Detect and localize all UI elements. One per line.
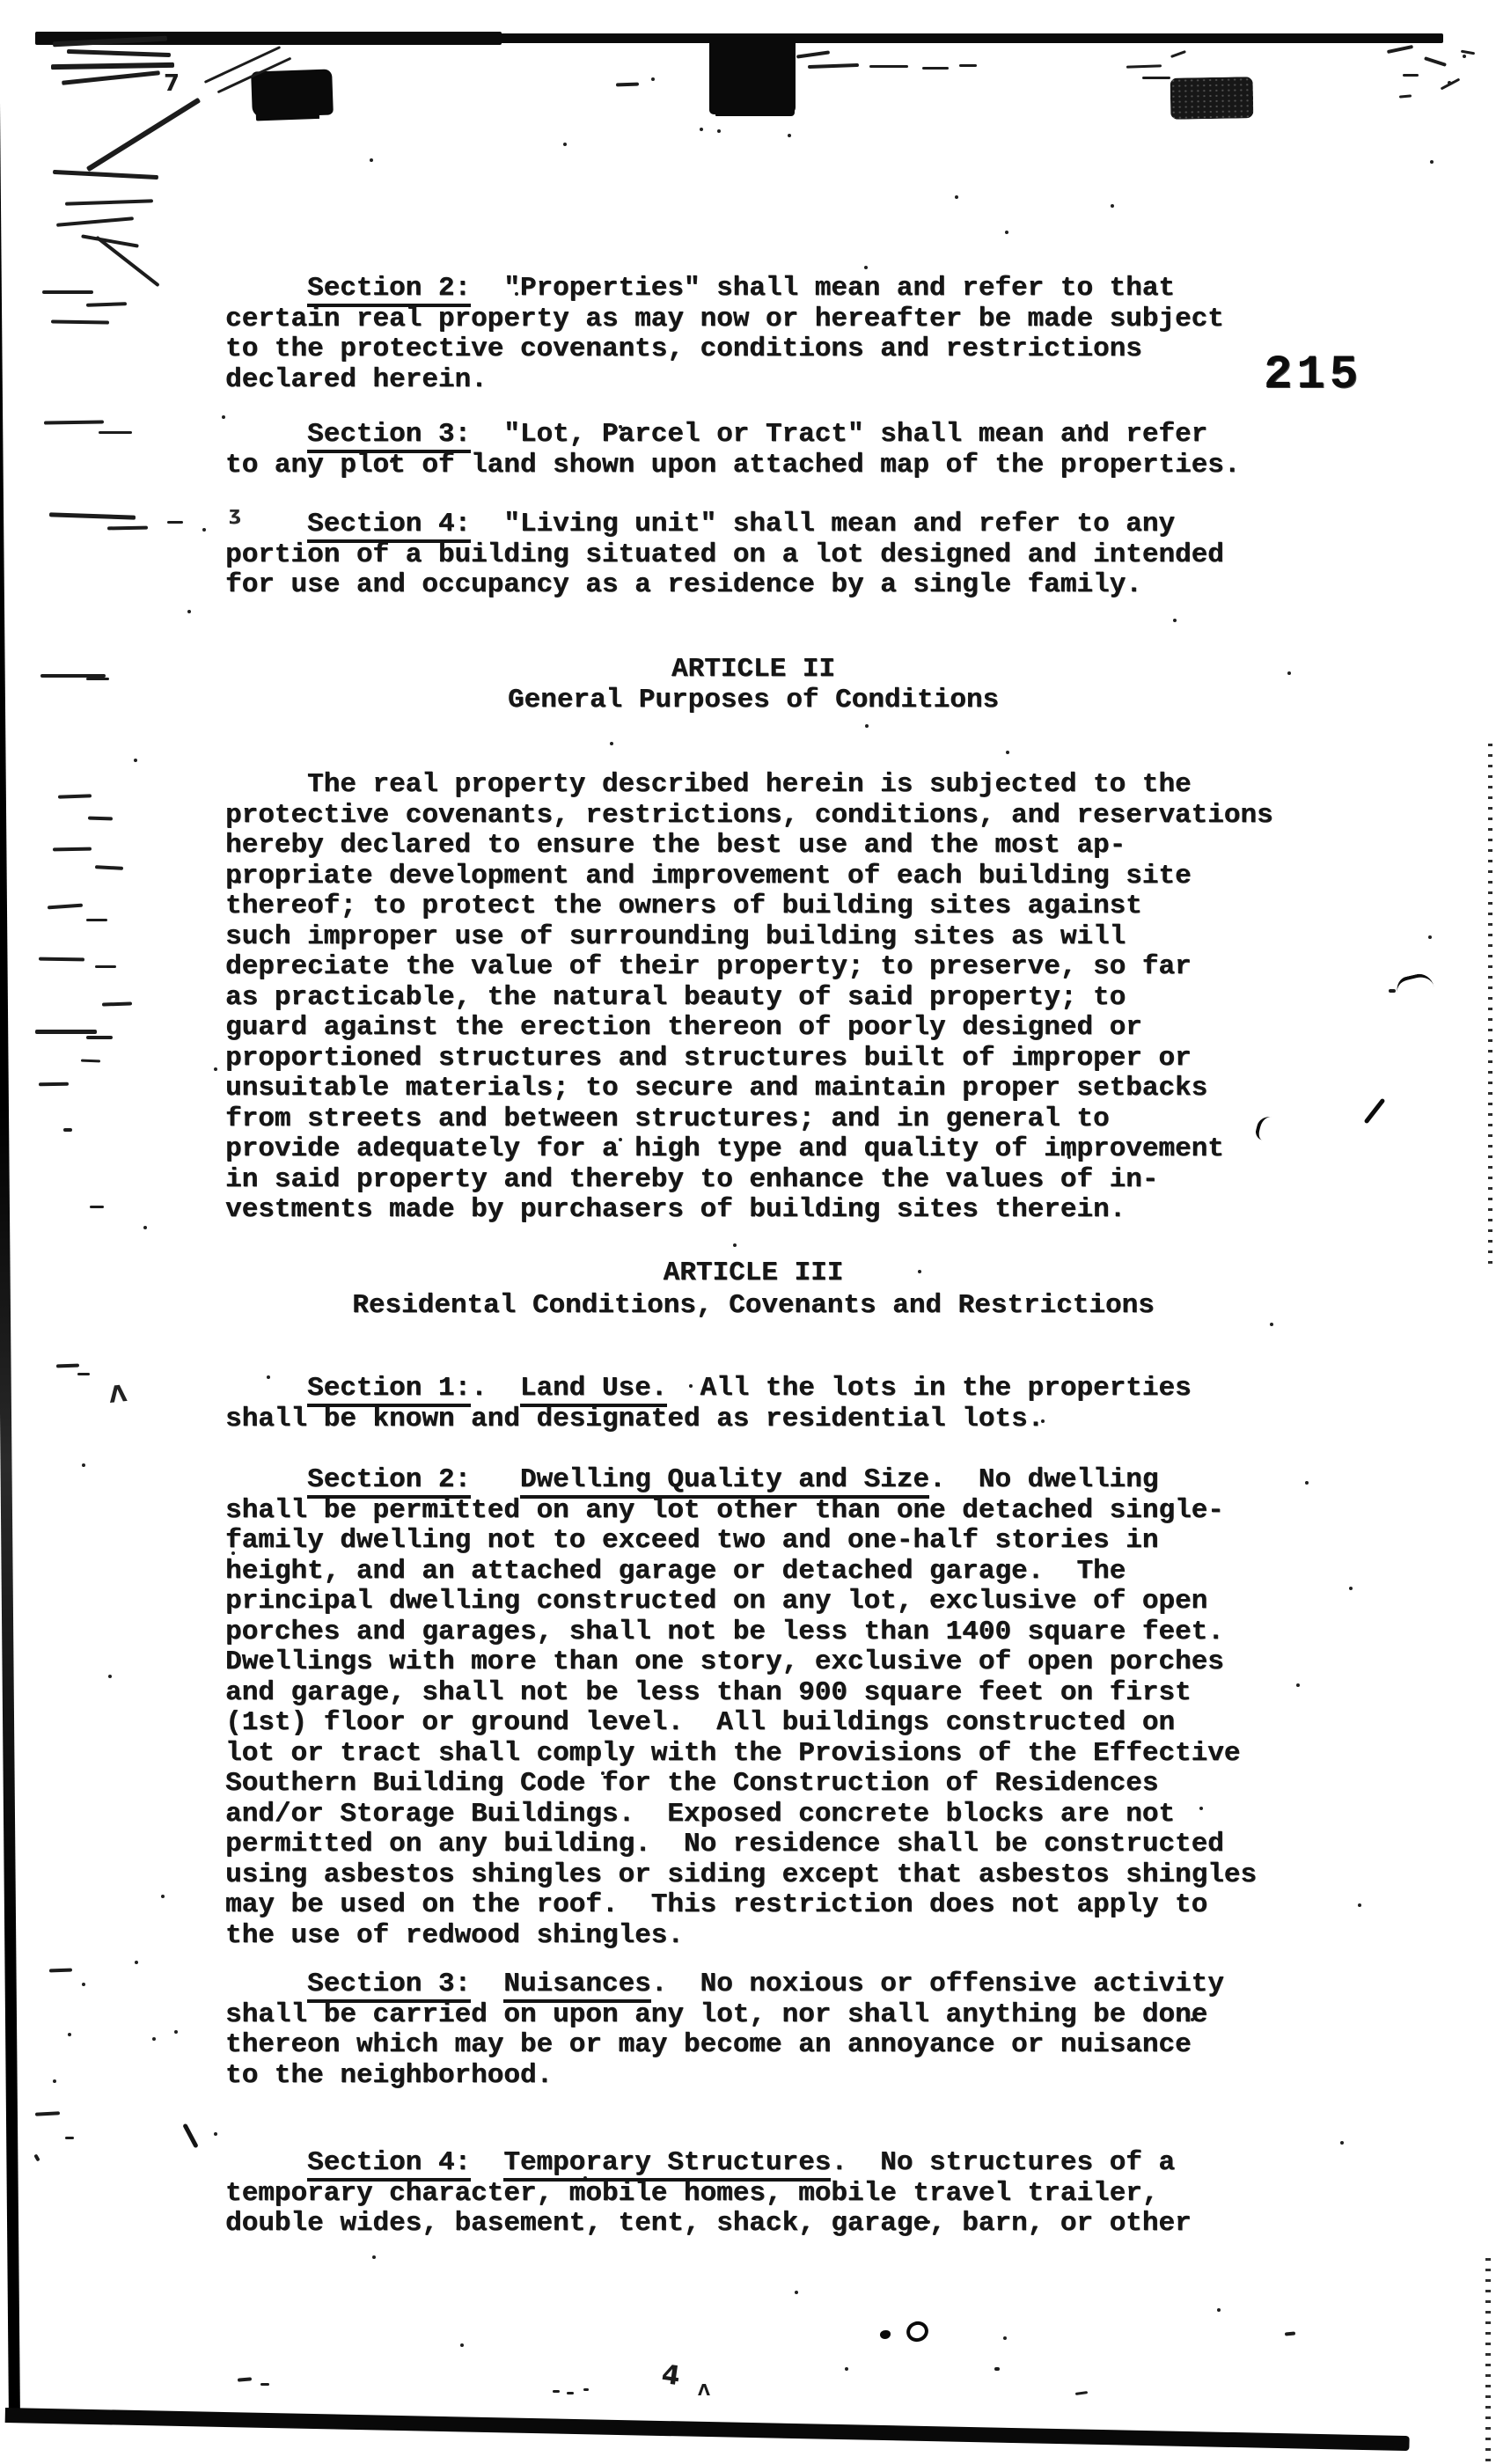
text-run: certain real property as may now or here… xyxy=(225,304,1224,334)
section-label: Section 2: xyxy=(307,1464,471,1499)
section-label: Section 4: xyxy=(307,2147,471,2182)
text-run: from streets and between structures; and… xyxy=(225,1104,1110,1134)
text-run: propriate development and improvement of… xyxy=(225,861,1192,891)
text-line: thereon which may be or may become an an… xyxy=(225,2030,1281,2061)
text-line: Section 4: "Living unit" shall mean and … xyxy=(225,510,1281,540)
smudge-mark xyxy=(42,290,93,294)
text-line: Section 3: Nuisances. No noxious or offe… xyxy=(225,1969,1281,2000)
smudge-mark xyxy=(553,2390,560,2393)
smudge-mark xyxy=(922,67,949,70)
text-run: (1st) floor or ground level. All buildin… xyxy=(225,1707,1175,1738)
ink-ring-stain xyxy=(904,2319,931,2345)
noise-speck xyxy=(187,610,191,613)
text-line: shall be permitted on any lot other than… xyxy=(225,1496,1281,1527)
noise-speck xyxy=(1287,671,1291,675)
right-edge-dotted-noise xyxy=(1488,744,1492,1267)
noise-speck xyxy=(202,528,206,532)
noise-speck xyxy=(1006,751,1009,754)
text-line: the use of redwood shingles. xyxy=(225,1921,1281,1952)
noise-speck xyxy=(135,1961,138,1964)
text-line: principal dwelling constructed on any lo… xyxy=(225,1587,1281,1617)
smudge-mark xyxy=(869,65,908,68)
smudge-mark xyxy=(63,1128,72,1132)
text-run: height, and an attached garage or detach… xyxy=(225,1556,1126,1587)
smudge-mark xyxy=(49,512,136,519)
smudge-mark xyxy=(102,1001,132,1006)
text-line: to any plot of land shown upon attached … xyxy=(225,451,1281,481)
handwritten-tick-mark xyxy=(1395,972,1434,995)
noise-speck xyxy=(865,724,869,728)
noise-speck xyxy=(1463,55,1466,58)
text-run: depreciate the value of their property; … xyxy=(225,951,1192,982)
smudge-mark xyxy=(56,216,134,227)
noise-speck xyxy=(733,1243,737,1247)
text-run: double wides, basement, tent, shack, gar… xyxy=(225,2208,1192,2239)
section-label: Nuisances xyxy=(503,1969,650,2003)
noise-speck xyxy=(152,2037,156,2041)
text-run: hereby declared to ensure the best use a… xyxy=(225,830,1126,861)
noise-speck xyxy=(1305,1481,1309,1485)
smudge-mark xyxy=(567,2392,574,2394)
text-line: and/or Storage Buildings. Exposed concre… xyxy=(225,1800,1281,1830)
article3-heading: ARTICLE III Residental Conditions, Coven… xyxy=(225,1257,1281,1322)
smudge-mark xyxy=(65,199,153,205)
text-line: vestments made by purchasers of building… xyxy=(225,1195,1281,1226)
smudge-mark xyxy=(167,521,183,524)
section-label: Section 3: xyxy=(307,419,471,453)
smudge-mark xyxy=(583,2388,589,2391)
noise-speck xyxy=(700,128,703,131)
handwritten-slash-mark xyxy=(1364,1098,1386,1125)
smudge-mark xyxy=(1424,56,1447,67)
text-run: for use and occupancy as a residence by … xyxy=(225,569,1142,600)
text-run: family dwelling not to exceed two and on… xyxy=(225,1525,1158,1556)
noise-speck xyxy=(1349,1587,1353,1590)
smudge-mark xyxy=(616,83,639,87)
text-line: from streets and between structures; and… xyxy=(225,1104,1281,1135)
smudge-mark xyxy=(86,678,109,680)
text-run: unsuitable materials; to secure and main… xyxy=(225,1073,1207,1104)
text-run: principal dwelling constructed on any lo… xyxy=(225,1586,1207,1617)
noise-speck xyxy=(1340,2141,1344,2145)
text-line: and garage, shall not be less than 900 s… xyxy=(225,1678,1281,1709)
section-label: Section 2: xyxy=(307,273,471,307)
smudge-mark xyxy=(1170,50,1186,58)
noise-speck xyxy=(108,1675,112,1678)
text-run: thereon which may be or may become an an… xyxy=(225,2029,1192,2060)
smudge-mark xyxy=(56,1364,79,1368)
text-line: Southern Building Code for the Construct… xyxy=(225,1769,1281,1800)
text-run: to any plot of land shown upon attached … xyxy=(225,450,1240,480)
text-line: certain real property as may now or here… xyxy=(225,304,1281,335)
section-label: Section 3: xyxy=(307,1969,471,2003)
text-line: protective covenants, restrictions, cond… xyxy=(225,801,1281,832)
noise-speck xyxy=(1111,204,1114,208)
text-run: . No noxious or offensive activity xyxy=(651,1969,1224,1999)
noise-speck xyxy=(214,2132,217,2136)
text-run: shall be known and designated as residen… xyxy=(225,1404,1044,1434)
text-line: Section 2: Dwelling Quality and Size. No… xyxy=(225,1465,1281,1496)
smudge-mark xyxy=(35,1030,97,1034)
noise-speck xyxy=(1428,935,1432,939)
text-run: . xyxy=(471,1373,520,1404)
article3-title: ARTICLE III xyxy=(225,1257,1281,1289)
noise-speck xyxy=(1173,619,1177,622)
scanned-document-page: 7 ʒ Λ 4 Λ 215 Section 2: "Properties" sh… xyxy=(0,0,1496,2464)
text-line: in said property and thereby to enhance … xyxy=(225,1165,1281,1196)
section-label: Dwelling Quality and Size xyxy=(520,1464,929,1499)
text-line: (1st) floor or ground level. All buildin… xyxy=(225,1708,1281,1739)
ink-blot-right xyxy=(1170,77,1254,120)
text-run: proportioned structures and structures b… xyxy=(225,1043,1192,1074)
text-line: shall be known and designated as residen… xyxy=(225,1404,1281,1435)
scan-bottom-edge-bar xyxy=(5,2408,1410,2451)
smudge-mark xyxy=(48,904,83,910)
text-run: using asbestos shingles or siding except… xyxy=(225,1859,1257,1890)
corner-numeral-mark: 7 xyxy=(164,70,180,97)
bottom-caret-mark: Λ xyxy=(698,2381,710,2400)
text-run: vestments made by purchasers of building… xyxy=(225,1194,1126,1225)
smudge-mark xyxy=(95,965,116,968)
text-run: Dwellings with more than one story, excl… xyxy=(225,1646,1224,1677)
noise-speck xyxy=(134,759,137,762)
noise-speck xyxy=(788,134,791,137)
smudge-mark xyxy=(1075,2391,1088,2395)
smudge-mark xyxy=(33,2154,40,2162)
smudge-mark xyxy=(44,420,104,424)
article2-title: ARTICLE II xyxy=(225,654,1281,685)
text-line: portion of a building situated on a lot … xyxy=(225,540,1281,571)
noise-speck xyxy=(563,143,567,146)
text-run xyxy=(471,2147,503,2178)
text-line: Section 4: Temporary Structures. No stru… xyxy=(225,2148,1281,2179)
text-run: to the protective covenants, conditions … xyxy=(225,334,1142,364)
smudge-mark xyxy=(49,1969,72,1973)
handwritten-backslash-mark xyxy=(182,2123,198,2149)
smudge-mark xyxy=(808,63,859,69)
text-run: such improper use of surrounding buildin… xyxy=(225,921,1126,952)
text-run: and garage, shall not be less than 900 s… xyxy=(225,1677,1192,1708)
noise-speck xyxy=(651,77,655,81)
noise-speck xyxy=(53,2079,56,2083)
smudge-mark xyxy=(1387,45,1413,54)
text-line: The real property described herein is su… xyxy=(225,770,1281,801)
text-line: provide adequately for a high type and q… xyxy=(225,1134,1281,1165)
smudge-mark xyxy=(51,319,109,324)
noise-speck xyxy=(1296,1683,1300,1687)
smudge-mark xyxy=(39,1082,69,1087)
noise-speck xyxy=(845,2367,848,2371)
smudge-mark xyxy=(53,847,92,852)
section-label: Land Use. xyxy=(520,1373,667,1407)
ink-dot-stain xyxy=(880,2330,891,2339)
smudge-mark xyxy=(107,526,148,531)
text-run: Southern Building Code for the Construct… xyxy=(225,1768,1158,1799)
text-run: lot or tract shall comply with the Provi… xyxy=(225,1738,1240,1769)
section-label: Section 1: xyxy=(307,1373,471,1407)
section-label: Section 4: xyxy=(307,509,471,543)
text-run xyxy=(471,1464,520,1495)
article3-section2-paragraph: Section 2: Dwelling Quality and Size. No… xyxy=(225,1465,1281,1951)
noise-speck xyxy=(82,1983,85,1986)
text-run: shall be carried on upon any lot, nor sh… xyxy=(225,1999,1207,2030)
smudge-mark xyxy=(53,170,158,180)
smudge-mark xyxy=(1142,77,1170,79)
article3-section4-paragraph: Section 4: Temporary Structures. No stru… xyxy=(225,2148,1281,2240)
noise-speck xyxy=(955,195,958,199)
noise-speck xyxy=(610,742,613,745)
noise-speck xyxy=(1358,1903,1361,1907)
smudge-mark xyxy=(1389,989,1396,993)
text-line: hereby declared to ensure the best use a… xyxy=(225,831,1281,862)
noise-speck xyxy=(1217,2308,1221,2312)
text-run: to the neighborhood. xyxy=(225,2060,553,2091)
smudge-mark xyxy=(86,302,127,307)
smudge-mark xyxy=(88,817,113,821)
text-line: lot or tract shall comply with the Provi… xyxy=(225,1739,1281,1770)
noise-speck xyxy=(370,158,373,162)
bottom-numeral-mark: 4 xyxy=(660,2359,683,2393)
smudge-mark xyxy=(1285,2331,1295,2336)
noise-speck xyxy=(1005,231,1008,234)
text-run: may be used on the roof. This restrictio… xyxy=(225,1889,1207,1920)
text-line: temporary character, mobile homes, mobil… xyxy=(225,2179,1281,2210)
text-run: and/or Storage Buildings. Exposed concre… xyxy=(225,1799,1175,1830)
smudge-mark xyxy=(238,2377,252,2381)
text-line: depreciate the value of their property; … xyxy=(225,952,1281,983)
text-line: for use and occupancy as a residence by … xyxy=(225,570,1281,601)
noise-speck xyxy=(1430,160,1434,164)
text-run: "Properties" shall mean and refer to tha… xyxy=(471,273,1175,304)
article3-section1-paragraph: Section 1:. Land Use. All the lots in th… xyxy=(225,1374,1281,1434)
margin-caret-mark: Λ xyxy=(107,1381,128,1409)
noise-speck xyxy=(82,1463,85,1467)
text-run: . No dwelling xyxy=(929,1464,1158,1495)
text-line: such improper use of surrounding buildin… xyxy=(225,922,1281,953)
ink-blot-left xyxy=(251,69,334,117)
text-line: may be used on the roof. This restrictio… xyxy=(225,1890,1281,1921)
article3-section3-paragraph: Section 3: Nuisances. No noxious or offe… xyxy=(225,1969,1281,2091)
text-line: Section 2: "Properties" shall mean and r… xyxy=(225,274,1281,304)
text-line: porches and garages, shall not be less t… xyxy=(225,1617,1281,1648)
smudge-mark xyxy=(260,2383,269,2386)
article1-section2-paragraph: Section 2: "Properties" shall mean and r… xyxy=(225,274,1281,395)
noise-speck xyxy=(1270,1323,1273,1326)
article1-section3-paragraph: Section 3: "Lot, Parcel or Tract" shall … xyxy=(225,420,1281,480)
smudge-mark xyxy=(86,98,201,172)
noise-speck xyxy=(1448,81,1451,84)
text-line: proportioned structures and structures b… xyxy=(225,1044,1281,1074)
text-line: Dwellings with more than one story, excl… xyxy=(225,1647,1281,1678)
text-line: unsuitable materials; to secure and main… xyxy=(225,1074,1281,1104)
text-line: thereof; to protect the owners of buildi… xyxy=(225,891,1281,922)
article1-section4-paragraph: Section 4: "Living unit" shall mean and … xyxy=(225,510,1281,601)
smudge-mark xyxy=(1403,74,1419,77)
noise-speck xyxy=(460,2343,464,2347)
smudge-mark xyxy=(35,2111,60,2116)
text-run: the use of redwood shingles. xyxy=(225,1920,684,1951)
smudge-mark xyxy=(994,2367,1000,2371)
noise-speck xyxy=(68,2033,71,2036)
smudge-mark xyxy=(99,431,132,434)
text-run: thereof; to protect the owners of buildi… xyxy=(225,891,1142,921)
article2-subtitle: General Purposes of Conditions xyxy=(225,685,1281,715)
noise-speck xyxy=(717,129,721,133)
smudge-mark xyxy=(796,50,830,58)
smudge-mark xyxy=(39,957,84,962)
smudge-mark xyxy=(86,919,107,921)
smudge-mark xyxy=(81,1060,100,1063)
text-line: as practicable, the natural beauty of sa… xyxy=(225,983,1281,1014)
smudge-mark xyxy=(77,1373,90,1375)
smudge-mark xyxy=(65,2137,74,2139)
text-line: Section 1:. Land Use. All the lots in th… xyxy=(225,1374,1281,1404)
text-run: temporary character, mobile homes, mobil… xyxy=(225,2178,1158,2209)
smudge-mark xyxy=(58,794,92,798)
smudge-mark xyxy=(1399,94,1412,98)
text-line: to the neighborhood. xyxy=(225,2061,1281,2092)
noise-speck xyxy=(864,266,868,269)
noise-speck xyxy=(1003,2336,1007,2340)
smudge-mark xyxy=(51,62,174,70)
smudge-mark xyxy=(959,64,977,67)
text-line: guard against the erection thereon of po… xyxy=(225,1013,1281,1044)
text-run: provide adequately for a high type and q… xyxy=(225,1133,1224,1164)
text-run: . No structures of a xyxy=(831,2147,1175,2178)
noise-speck xyxy=(222,415,225,419)
text-line: shall be carried on upon any lot, nor sh… xyxy=(225,2000,1281,2031)
text-line: Section 3: "Lot, Parcel or Tract" shall … xyxy=(225,420,1281,451)
smudge-mark xyxy=(67,49,171,57)
text-run: portion of a building situated on a lot … xyxy=(225,539,1224,570)
text-line: propriate development and improvement of… xyxy=(225,862,1281,892)
scan-left-edge-line xyxy=(0,32,20,2422)
text-line: permitted on any building. No residence … xyxy=(225,1830,1281,1860)
smudge-mark xyxy=(62,70,160,85)
noise-speck xyxy=(214,1067,217,1071)
text-run: in said property and thereby to enhance … xyxy=(225,1164,1158,1195)
text-run: shall be permitted on any lot other than… xyxy=(225,1495,1224,1526)
noise-speck xyxy=(174,2030,178,2034)
ink-blot-center xyxy=(709,37,796,114)
text-run: declared herein. xyxy=(225,364,488,395)
noise-speck xyxy=(795,2291,798,2294)
text-run: All the lots in the properties xyxy=(667,1373,1191,1404)
text-run xyxy=(471,1969,503,1999)
smudge-mark xyxy=(95,865,123,870)
article2-heading: ARTICLE II General Purposes of Condition… xyxy=(225,654,1281,715)
text-run: "Lot, Parcel or Tract" shall mean and re… xyxy=(471,419,1207,450)
text-line: declared herein. xyxy=(225,365,1281,396)
smudge-mark xyxy=(86,1036,113,1039)
section-label: Temporary Structures xyxy=(503,2147,831,2182)
text-run: protective covenants, restrictions, cond… xyxy=(225,800,1273,831)
noise-speck xyxy=(161,1895,165,1898)
text-run: porches and garages, shall not be less t… xyxy=(225,1617,1224,1647)
text-run: "Living unit" shall mean and refer to an… xyxy=(471,509,1175,539)
smudge-mark xyxy=(90,1206,104,1208)
text-run: The real property described herein is su… xyxy=(307,769,1192,800)
text-line: double wides, basement, tent, shack, gar… xyxy=(225,2209,1281,2240)
noise-speck xyxy=(143,1226,147,1229)
article3-subtitle: Residental Conditions, Covenants and Res… xyxy=(225,1289,1281,1322)
noise-speck xyxy=(372,2255,376,2259)
article2-body-paragraph: The real property described herein is su… xyxy=(225,770,1281,1226)
text-run: as practicable, the natural beauty of sa… xyxy=(225,982,1126,1013)
right-edge-dotted-noise-bottom xyxy=(1485,2258,1491,2462)
smudge-mark xyxy=(1126,64,1162,68)
text-line: to the protective covenants, conditions … xyxy=(225,334,1281,365)
text-line: height, and an attached garage or detach… xyxy=(225,1557,1281,1588)
text-line: family dwelling not to exceed two and on… xyxy=(225,1526,1281,1557)
text-run: permitted on any building. No residence … xyxy=(225,1829,1224,1859)
text-line: using asbestos shingles or siding except… xyxy=(225,1860,1281,1891)
text-run: guard against the erection thereon of po… xyxy=(225,1012,1142,1043)
